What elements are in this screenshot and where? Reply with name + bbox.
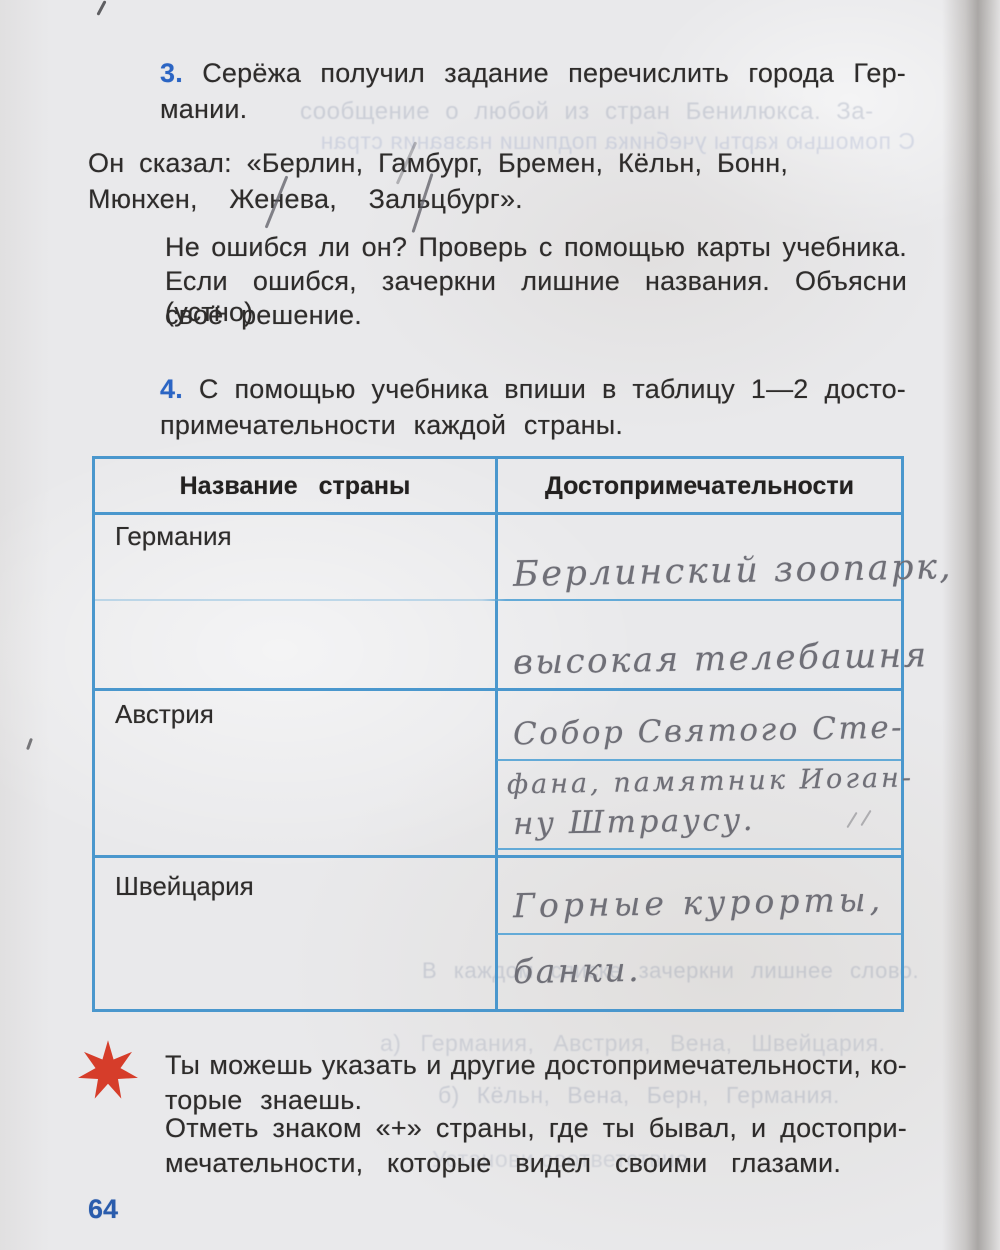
sights-table: Название страны Достопримечательности Ге… bbox=[92, 456, 904, 1012]
crossed-word-geneva: Женева, bbox=[229, 184, 337, 214]
task3-text-1: Серёжа получил задание перечислить город… bbox=[202, 58, 906, 88]
ghost-bleed-line: б) Кёльн, Вена, Берн, Германия. bbox=[438, 1082, 840, 1109]
task3-line-1: 3. Серёжа получил задание перечислить го… bbox=[160, 58, 906, 89]
page-edge-shadow bbox=[942, 0, 1000, 1250]
country-austria: Австрия bbox=[115, 699, 214, 730]
country-switzerland: Швейцария bbox=[115, 871, 254, 902]
task4-line-1: 4. С помощью учебника впиши в таблицу 1—… bbox=[160, 374, 906, 405]
margin-pen-mark bbox=[26, 738, 33, 750]
corner-pen-mark bbox=[96, 0, 106, 16]
pencil-mark bbox=[860, 810, 871, 826]
task4-number: 4. bbox=[160, 374, 183, 404]
column-divider bbox=[495, 459, 498, 1009]
note-line-3: своё решение. bbox=[165, 300, 362, 331]
footer-line-4: мечательности, которые видел своими глаз… bbox=[165, 1148, 841, 1179]
ruled-line bbox=[497, 848, 901, 850]
quote-part-1: Он сказал: «Берлин, bbox=[88, 148, 363, 178]
ghost-bleed-line: сообщение о любой из стран Бенилюкса. За… bbox=[300, 98, 874, 126]
quote-part-3: Бремен, Кёльн, Бонн, bbox=[498, 148, 788, 178]
footer-line-1: Ты можешь указать и другие достопримечат… bbox=[165, 1050, 907, 1081]
task4-text-1: С помощью учебника впиши в таблицу 1—2 д… bbox=[199, 374, 906, 404]
footer-line-2: торые знаешь. bbox=[165, 1085, 362, 1116]
quote-line-1: Он сказал: «Берлин, Гамбург, Бремен, Кёл… bbox=[88, 148, 788, 179]
pencil-mark bbox=[846, 812, 857, 828]
handwriting-germany-1: Берлинский зоопарк, bbox=[513, 547, 954, 595]
handwriting-germany-2: высокая телебашня bbox=[513, 635, 929, 682]
header-underline bbox=[95, 512, 901, 515]
row-divider-2 bbox=[95, 855, 901, 858]
handwriting-austria-3: ну Штраусу. bbox=[513, 802, 756, 842]
quote-part-4: Мюнхен, bbox=[88, 184, 198, 214]
note-line-1: Не ошибся ли он? Проверь с помощью карты… bbox=[165, 232, 907, 263]
handwriting-switzerland-1: Горные курорты, bbox=[513, 880, 885, 925]
quote-line-2: Мюнхен, Женева, Зальцбург». bbox=[88, 184, 523, 215]
star-icon bbox=[76, 1038, 140, 1104]
handwriting-austria-2: фана, памятник Иоган- bbox=[507, 762, 914, 800]
ruled-line bbox=[95, 599, 901, 601]
crossed-word-salzburg: Зальцбург». bbox=[369, 184, 523, 214]
header-country: Название страны bbox=[95, 472, 495, 501]
footer-line-3: Отметь знаком «+» страны, где ты бывал, … bbox=[165, 1113, 907, 1144]
word-salzburg: Зальцбург». bbox=[369, 184, 523, 214]
ruled-line bbox=[497, 933, 901, 935]
handwriting-switzerland-2: банки. bbox=[513, 950, 642, 991]
country-germany: Германия bbox=[115, 521, 232, 552]
row-divider-1 bbox=[95, 688, 901, 691]
header-sights: Достопримечательности bbox=[498, 472, 901, 501]
page-number: 64 bbox=[88, 1194, 118, 1225]
task4-line-2: примечательности каждой страны. bbox=[160, 410, 623, 441]
task3-line-2: мании. bbox=[160, 94, 247, 125]
ruled-line bbox=[497, 759, 901, 761]
handwriting-austria-1: Собор Святого Сте- bbox=[513, 710, 905, 753]
task3-number: 3. bbox=[160, 58, 183, 88]
workbook-page: сообщение о любой из стран Бенилюкса. За… bbox=[0, 0, 1000, 1250]
